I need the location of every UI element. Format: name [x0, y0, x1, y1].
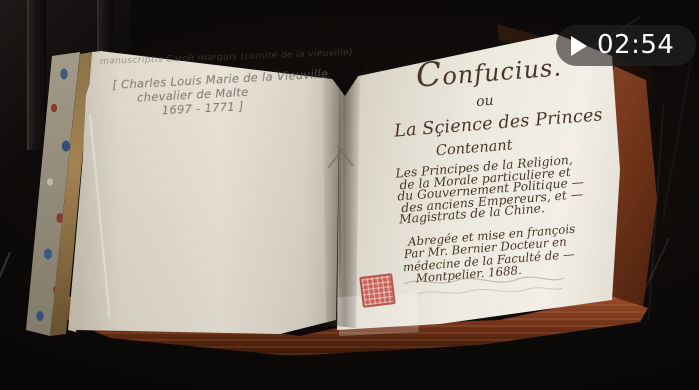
red-seal-stamp [359, 273, 396, 308]
pencil-note-faint: manuscriptis Caroli marquis (comité de l… [100, 49, 345, 67]
gutter-sewing-stem [339, 96, 341, 294]
plexiglass-reflection [662, 61, 692, 219]
video-timestamp-overlay[interactable]: 02:54 [556, 25, 696, 66]
title-body-block: Les Principes de la Religion, de la Mora… [395, 152, 614, 226]
play-icon[interactable] [571, 36, 587, 56]
title-page-text: Confucius. ou La Sçience des Princes Con… [386, 35, 619, 286]
plexiglass-edge-highlight [0, 252, 11, 390]
timestamp-label: 02:54 [597, 32, 674, 58]
gutter-shadow [320, 70, 362, 332]
video-frame[interactable]: manuscriptis Caroli marquis (comité de l… [0, 0, 699, 390]
faint-signature-scribble [400, 272, 570, 300]
plexiglass-bar [27, 0, 45, 150]
plexiglass-bar [97, 0, 114, 57]
